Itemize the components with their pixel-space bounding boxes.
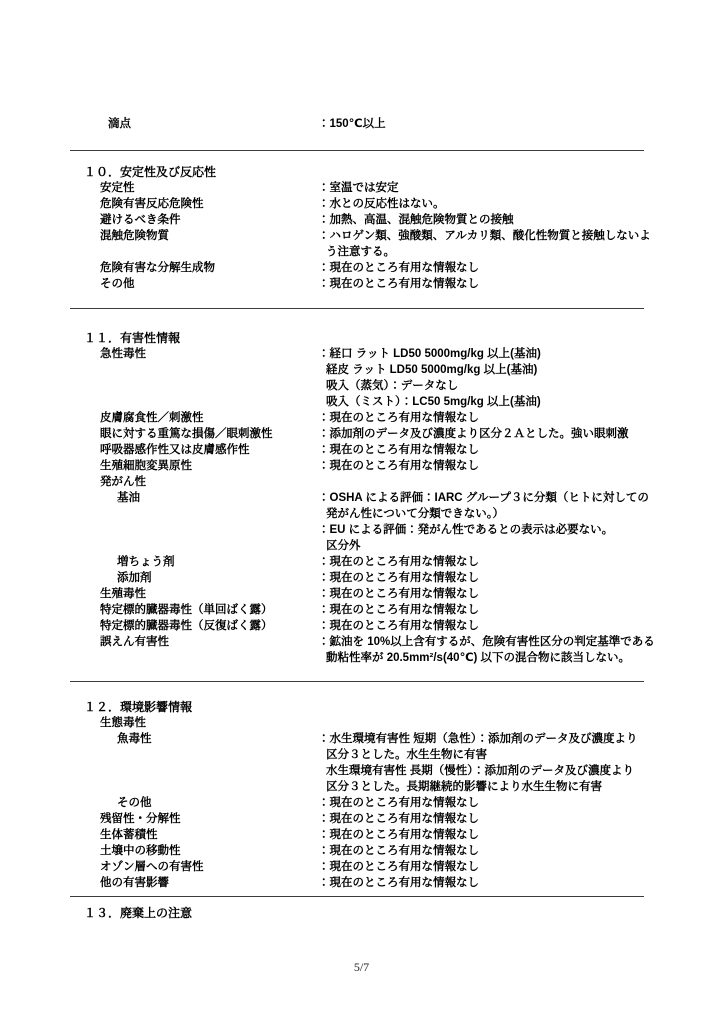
field-value: ：現在のところ有用な情報なし [318,586,723,602]
field-row: 安定性：室温では安定 [0,180,723,196]
field-value: ：現在のところ有用な情報なし [318,843,723,859]
field-value-line: ：経口 ラット LD50 5000mg/kg 以上(基油) [318,346,723,362]
field-label: その他 [100,276,135,292]
field-value-line: ：現在のところ有用な情報なし [318,811,723,827]
field-value-line: 発がん性について分類できない。） [318,506,723,522]
field-row: 危険有害な分解生成物：現在のところ有用な情報なし [0,260,723,276]
field-value-line: ：現在のところ有用な情報なし [318,410,723,426]
field-value-line: ：室温では安定 [318,180,723,196]
field-value-line: ：現在のところ有用な情報なし [318,260,723,276]
field-value-line: 吸入（ミスト）：LC50 5mg/kg 以上(基油) [318,394,723,410]
field-label: 基油 [117,490,140,506]
field-value: ：現在のところ有用な情報なし [318,410,723,426]
field-label: 生態毒性 [100,715,146,731]
page-number: 5/7 [0,960,723,975]
field-value: ：現在のところ有用な情報なし [318,442,723,458]
field-row: オゾン層への有害性：現在のところ有用な情報なし [0,859,723,875]
field-value: ：現在のところ有用な情報なし [318,859,723,875]
field-label: 特定標的臓器毒性（単回ばく露） [100,602,273,618]
field-value-line: ：現在のところ有用な情報なし [318,859,723,875]
section-10: １０．安定性及び反応性安定性：室温では安定危険有害反応危険性：水との反応性はない… [0,164,723,292]
field-value: ：室温では安定 [318,180,723,196]
field-row: 生殖毒性：現在のところ有用な情報なし [0,586,723,602]
field-value: ：加熱、高温、混触危険物質との接触 [318,212,723,228]
section-13: １３．廃棄上の注意 [0,905,723,921]
field-value-line: 区分外 [318,538,723,554]
field-row: 生体蓄積性：現在のところ有用な情報なし [0,827,723,843]
field-row: 眼に対する重篤な損傷／眼刺激性：添加剤のデータ及び濃度より区分２Ａとした。強い眼… [0,426,723,442]
field-value: ：添加剤のデータ及び濃度より区分２Ａとした。強い眼刺激 [318,426,723,442]
section-divider [70,681,644,682]
field-value: ：現在のところ有用な情報なし [318,570,723,586]
field-row: 残留性・分解性：現在のところ有用な情報なし [0,811,723,827]
field-label: 魚毒性 [117,731,152,747]
field-row: 魚毒性：水生環境有害性 短期（急性）：添加剤のデータ及び濃度より区分３とした。水… [0,731,723,795]
field-value: ：現在のところ有用な情報なし [318,554,723,570]
field-label: 混触危険物質 [100,228,169,244]
field-value-line: ：現在のところ有用な情報なし [318,618,723,634]
section-13-title: １３．廃棄上の注意 [84,905,723,921]
field-value-line: ：OSHA による評価：IARC グループ３に分類（ヒトに対しての [318,490,723,506]
field-value-line: ：現在のところ有用な情報なし [318,276,723,292]
field-value-line: 区分３とした。水生生物に有害 [318,747,723,763]
field-value: ：現在のところ有用な情報なし [318,618,723,634]
section-12: １２．環境影響情報生態毒性魚毒性：水生環境有害性 短期（急性）：添加剤のデータ及… [0,699,723,891]
field-value: ：現在のところ有用な情報なし [318,260,723,276]
field-label: 安定性 [100,180,135,196]
field-value-line: ：水との反応性はない。 [318,196,723,212]
field-value-line: 吸入（蒸気）：データなし [318,378,723,394]
field-label: 土壌中の移動性 [100,843,181,859]
field-value-line: ：現在のところ有用な情報なし [318,458,723,474]
field-value: ：経口 ラット LD50 5000mg/kg 以上(基油)経皮 ラット LD50… [318,346,723,410]
field-row: 避けるべき条件：加熱、高温、混触危険物質との接触 [0,212,723,228]
field-value-line: ：現在のところ有用な情報なし [318,570,723,586]
field-value-line: ：現在のところ有用な情報なし [318,795,723,811]
field-value: ：水生環境有害性 短期（急性）：添加剤のデータ及び濃度より区分３とした。水生生物… [318,731,723,795]
section-10-title: １０．安定性及び反応性 [84,164,723,180]
field-value-line: ：現在のところ有用な情報なし [318,843,723,859]
field-value-line: ：現在のところ有用な情報なし [318,554,723,570]
field-label: 眼に対する重篤な損傷／眼刺激性 [100,426,273,442]
section-11: １１．有害性情報急性毒性：経口 ラット LD50 5000mg/kg 以上(基油… [0,330,723,666]
field-row: 他の有害影響：現在のところ有用な情報なし [0,875,723,891]
field-value-line: ：水生環境有害性 短期（急性）：添加剤のデータ及び濃度より [318,731,723,747]
field-value: ：現在のところ有用な情報なし [318,827,723,843]
field-row: 添加剤：現在のところ有用な情報なし [0,570,723,586]
field-value: ：現在のところ有用な情報なし [318,795,723,811]
field-label: 皮膚腐食性／刺激性 [100,410,204,426]
field-label: 添加剤 [117,570,152,586]
field-value: ：現在のところ有用な情報なし [318,602,723,618]
field-row: 急性毒性：経口 ラット LD50 5000mg/kg 以上(基油)経皮 ラット … [0,346,723,410]
field-value: ：現在のところ有用な情報なし [318,875,723,891]
section-divider [70,150,644,151]
field-row: 呼吸器感作性又は皮膚感作性：現在のところ有用な情報なし [0,442,723,458]
field-label: 危険有害反応危険性 [100,196,204,212]
field-row: 皮膚腐食性／刺激性：現在のところ有用な情報なし [0,410,723,426]
field-value-line: ：ハロゲン類、強酸類、アルカリ類、酸化性物質と接触しないよ [318,228,723,244]
leading-row: 滴点 ：150℃以上 [0,116,723,132]
field-row: 土壌中の移動性：現在のところ有用な情報なし [0,843,723,859]
field-value: ：現在のところ有用な情報なし [318,276,723,292]
field-label: その他 [117,795,152,811]
field-label: 誤えん有害性 [100,634,169,650]
field-label: 避けるべき条件 [100,212,181,228]
section-12-title: １２．環境影響情報 [84,699,723,715]
field-value: ：現在のところ有用な情報なし [318,458,723,474]
section-divider [70,896,644,897]
section-divider [70,308,644,309]
field-label: 危険有害な分解生成物 [100,260,215,276]
field-value-line: ：現在のところ有用な情報なし [318,586,723,602]
field-label: 急性毒性 [100,346,146,362]
field-value: ：150℃以上 [318,116,723,132]
field-label: 発がん性 [100,474,146,490]
sds-document-page: 滴点 ：150℃以上 １０．安定性及び反応性安定性：室温では安定危険有害反応危険… [0,0,723,1024]
field-label: 特定標的臓器毒性（反復ばく露） [100,618,273,634]
field-label: 呼吸器感作性又は皮膚感作性 [100,442,250,458]
field-value: ：水との反応性はない。 [318,196,723,212]
field-value-line: 経皮 ラット LD50 5000mg/kg 以上(基油) [318,362,723,378]
field-value: ：ハロゲン類、強酸類、アルカリ類、酸化性物質と接触しないよう注意する。 [318,228,723,260]
field-value-line: ：添加剤のデータ及び濃度より区分２Ａとした。強い眼刺激 [318,426,723,442]
field-value: ：現在のところ有用な情報なし [318,811,723,827]
field-value: ：鉱油を 10%以上含有するが、危険有害性区分の判定基準である動粘性率が 20.… [318,634,723,666]
field-row: 誤えん有害性：鉱油を 10%以上含有するが、危険有害性区分の判定基準である動粘性… [0,634,723,666]
field-label: 他の有害影響 [100,875,169,891]
field-row: 特定標的臓器毒性（単回ばく露）：現在のところ有用な情報なし [0,602,723,618]
field-label: 残留性・分解性 [100,811,181,827]
field-row: その他：現在のところ有用な情報なし [0,795,723,811]
field-row: 基油：OSHA による評価：IARC グループ３に分類（ヒトに対しての発がん性に… [0,490,723,554]
field-row: 混触危険物質：ハロゲン類、強酸類、アルカリ類、酸化性物質と接触しないよう注意する… [0,228,723,260]
field-value: ：OSHA による評価：IARC グループ３に分類（ヒトに対しての発がん性につい… [318,490,723,554]
field-row: 発がん性 [0,474,723,490]
field-label: 生体蓄積性 [100,827,158,843]
field-row: 生殖細胞変異原性：現在のところ有用な情報なし [0,458,723,474]
field-label: 増ちょう剤 [117,554,175,570]
field-value-line: 区分３とした。長期継続的影響により水生生物に有害 [318,779,723,795]
field-label: 生殖毒性 [100,586,146,602]
field-value-line: ：現在のところ有用な情報なし [318,602,723,618]
field-label: 滴点 [108,116,131,132]
field-value-line: 動粘性率が 20.5mm²/s(40℃) 以下の混合物に該当しない。 [318,650,723,666]
field-value-line: ：現在のところ有用な情報なし [318,442,723,458]
field-label: 生殖細胞変異原性 [100,458,192,474]
field-value-line: ：加熱、高温、混触危険物質との接触 [318,212,723,228]
section-11-title: １１．有害性情報 [84,330,723,346]
field-value-line: ：現在のところ有用な情報なし [318,875,723,891]
field-value-line: ：150℃以上 [318,116,723,132]
field-row: その他：現在のところ有用な情報なし [0,276,723,292]
field-row: 危険有害反応危険性：水との反応性はない。 [0,196,723,212]
field-label: オゾン層への有害性 [100,859,204,875]
field-value-line: ：鉱油を 10%以上含有するが、危険有害性区分の判定基準である [318,634,723,650]
field-value-line: う注意する。 [318,244,723,260]
field-row: 特定標的臓器毒性（反復ばく露）：現在のところ有用な情報なし [0,618,723,634]
field-value-line: 水生環境有害性 長期（慢性）：添加剤のデータ及び濃度より [318,763,723,779]
field-value-line: ：EU による評価：発がん性であるとの表示は必要ない。 [318,522,723,538]
field-row: 生態毒性 [0,715,723,731]
field-value-line: ：現在のところ有用な情報なし [318,827,723,843]
field-row: 増ちょう剤：現在のところ有用な情報なし [0,554,723,570]
